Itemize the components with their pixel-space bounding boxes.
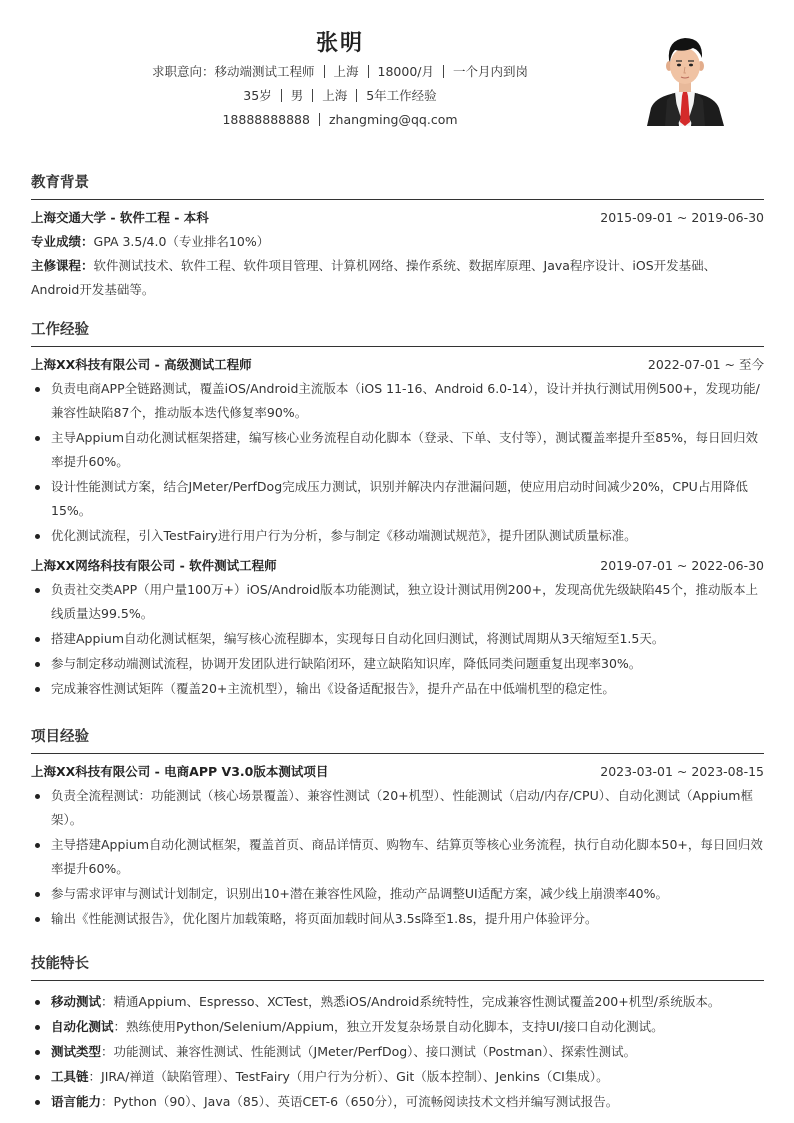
- skill-item: 测试类型：功能测试、兼容性测试、性能测试（JMeter/PerfDog）、接口测…: [31, 1040, 764, 1064]
- expected-salary: 18000/月: [378, 64, 434, 79]
- company-position: 上海XX网络科技有限公司 - 软件测试工程师: [31, 554, 277, 578]
- resume-header: 张明 求职意向：移动端测试工程师上海18000/月一个月内到岗 35岁男上海5年…: [0, 28, 680, 132]
- skill-label: 移动测试: [51, 994, 101, 1009]
- courses-label: 主修课程：: [31, 258, 94, 273]
- project-bullets: 负责全流程测试：功能测试（核心场景覆盖）、兼容性测试（20+机型）、性能测试（启…: [31, 784, 764, 931]
- personal-info-line: 35岁男上海5年工作经验: [0, 84, 680, 108]
- skill-item: 工具链：JIRA/禅道（缺陷管理）、TestFairy（用户行为分析）、Git（…: [31, 1065, 764, 1089]
- skills-list: 移动测试：精通Appium、Espresso、XCTest，熟悉iOS/Andr…: [31, 990, 764, 1114]
- list-item: 搭建Appium自动化测试框架，编写核心流程脚本，实现每日自动化回归测试，将测试…: [31, 627, 764, 651]
- project-name: 上海XX科技有限公司 - 电商APP V3.0版本测试项目: [31, 760, 328, 784]
- intent-city: 上海: [334, 64, 359, 79]
- section-title: 教育背景: [31, 172, 764, 194]
- skill-label: 工具链: [51, 1069, 89, 1084]
- skills-section: 技能特长 移动测试：精通Appium、Espresso、XCTest，熟悉iOS…: [31, 953, 764, 1115]
- work-entry-header: 上海XX科技有限公司 - 高级测试工程师 2022-07-01 ~ 至今: [31, 353, 764, 377]
- date-range: 2023-03-01 ~ 2023-08-15: [600, 760, 764, 784]
- section-divider: [31, 753, 764, 754]
- list-item: 输出《性能测试报告》，优化图片加载策略，将页面加载时间从3.5s降至1.8s，提…: [31, 907, 764, 931]
- list-item: 参与需求评审与测试计划制定，识别出10+潜在兼容性风险，推动产品调整UI适配方案…: [31, 882, 764, 906]
- job-intent: 求职意向：移动端测试工程师: [152, 64, 315, 79]
- age: 35岁: [243, 88, 271, 103]
- courses-line: 主修课程：软件测试技术、软件工程、软件项目管理、计算机网络、操作系统、数据库原理…: [31, 254, 764, 302]
- list-item: 负责全流程测试：功能测试（核心场景覆盖）、兼容性测试（20+机型）、性能测试（启…: [31, 784, 764, 832]
- skill-label: 自动化测试: [51, 1019, 114, 1034]
- courses-value: 软件测试技术、软件工程、软件项目管理、计算机网络、操作系统、数据库原理、Java…: [31, 258, 716, 297]
- experience-years: 5年工作经验: [366, 88, 436, 103]
- section-divider: [31, 199, 764, 200]
- list-item: 完成兼容性测试矩阵（覆盖20+主流机型），输出《设备适配报告》，提升产品在中低端…: [31, 677, 764, 701]
- skill-text: ：精通Appium、Espresso、XCTest，熟悉iOS/Android系…: [101, 994, 720, 1009]
- divider: [368, 65, 369, 78]
- list-item: 参与制定移动端测试流程，协调开发团队进行缺陷闭环，建立缺陷知识库，降低同类问题重…: [31, 652, 764, 676]
- skill-label: 测试类型: [51, 1044, 101, 1059]
- skill-item: 自动化测试：熟练使用Python/Selenium/Appium，独立开发复杂场…: [31, 1015, 764, 1039]
- projects-section: 项目经验 上海XX科技有限公司 - 电商APP V3.0版本测试项目 2023-…: [31, 726, 764, 932]
- divider: [281, 89, 282, 102]
- project-entry-header: 上海XX科技有限公司 - 电商APP V3.0版本测试项目 2023-03-01…: [31, 760, 764, 784]
- job-intent-line: 求职意向：移动端测试工程师上海18000/月一个月内到岗: [0, 60, 680, 84]
- skill-text: ：Python（90）、Java（85）、英语CET-6（650分），可流畅阅读…: [101, 1094, 618, 1109]
- section-divider: [31, 980, 764, 981]
- gpa-value: GPA 3.5/4.0（专业排名10%）: [94, 234, 270, 249]
- contact-line: 18888888888zhangming@qq.com: [0, 108, 680, 132]
- skill-text: ：功能测试、兼容性测试、性能测试（JMeter/PerfDog）、接口测试（Po…: [101, 1044, 636, 1059]
- list-item: 优化测试流程，引入TestFairy进行用户行为分析，参与制定《移动端测试规范》…: [31, 524, 764, 548]
- skill-item: 语言能力：Python（90）、Java（85）、英语CET-6（650分），可…: [31, 1090, 764, 1114]
- divider: [312, 89, 313, 102]
- date-range: 2022-07-01 ~ 至今: [648, 353, 764, 377]
- skill-text: ：熟练使用Python/Selenium/Appium，独立开发复杂场景自动化脚…: [114, 1019, 664, 1034]
- skill-item: 移动测试：精通Appium、Espresso、XCTest，熟悉iOS/Andr…: [31, 990, 764, 1014]
- skill-label: 语言能力: [51, 1094, 101, 1109]
- date-range: 2019-07-01 ~ 2022-06-30: [600, 554, 764, 578]
- list-item: 主导Appium自动化测试框架搭建，编写核心业务流程自动化脚本（登录、下单、支付…: [31, 426, 764, 474]
- resume-page: 张明 求职意向：移动端测试工程师上海18000/月一个月内到岗 35岁男上海5年…: [0, 0, 794, 1123]
- availability: 一个月内到岗: [453, 64, 528, 79]
- work-section: 工作经验 上海XX科技有限公司 - 高级测试工程师 2022-07-01 ~ 至…: [31, 319, 764, 702]
- divider: [356, 89, 357, 102]
- education-entry-header: 上海交通大学 - 软件工程 - 本科 2015-09-01 ~ 2019-06-…: [31, 206, 764, 230]
- list-item: 设计性能测试方案，结合JMeter/PerfDog完成压力测试，识别并解决内存泄…: [31, 475, 764, 523]
- company-position: 上海XX科技有限公司 - 高级测试工程师: [31, 353, 252, 377]
- work-bullets: 负责社交类APP（用户量100万+）iOS/Android版本功能测试，独立设计…: [31, 578, 764, 701]
- school-degree: 上海交通大学 - 软件工程 - 本科: [31, 206, 209, 230]
- candidate-name: 张明: [0, 28, 680, 60]
- section-title: 项目经验: [31, 726, 764, 748]
- section-title: 技能特长: [31, 953, 764, 975]
- education-section: 教育背景 上海交通大学 - 软件工程 - 本科 2015-09-01 ~ 201…: [31, 172, 764, 302]
- list-item: 主导搭建Appium自动化测试框架，覆盖首页、商品详情页、购物车、结算页等核心业…: [31, 833, 764, 881]
- gpa-line: 专业成绩：GPA 3.5/4.0（专业排名10%）: [31, 230, 764, 254]
- divider: [319, 113, 320, 126]
- work-entry-header: 上海XX网络科技有限公司 - 软件测试工程师 2019-07-01 ~ 2022…: [31, 554, 764, 578]
- gpa-label: 专业成绩：: [31, 234, 94, 249]
- divider: [324, 65, 325, 78]
- section-divider: [31, 346, 764, 347]
- phone: 18888888888: [222, 112, 309, 127]
- skill-text: ：JIRA/禅道（缺陷管理）、TestFairy（用户行为分析）、Git（版本控…: [89, 1069, 609, 1084]
- work-bullets: 负责电商APP全链路测试，覆盖iOS/Android主流版本（iOS 11-16…: [31, 377, 764, 548]
- list-item: 负责电商APP全链路测试，覆盖iOS/Android主流版本（iOS 11-16…: [31, 377, 764, 425]
- list-item: 负责社交类APP（用户量100万+）iOS/Android版本功能测试，独立设计…: [31, 578, 764, 626]
- location: 上海: [322, 88, 347, 103]
- divider: [443, 65, 444, 78]
- date-range: 2015-09-01 ~ 2019-06-30: [600, 206, 764, 230]
- profile-photo: [641, 28, 730, 126]
- email: zhangming@qq.com: [329, 112, 458, 127]
- gender: 男: [291, 88, 304, 103]
- avatar-illustration-icon: [641, 28, 730, 126]
- section-title: 工作经验: [31, 319, 764, 341]
